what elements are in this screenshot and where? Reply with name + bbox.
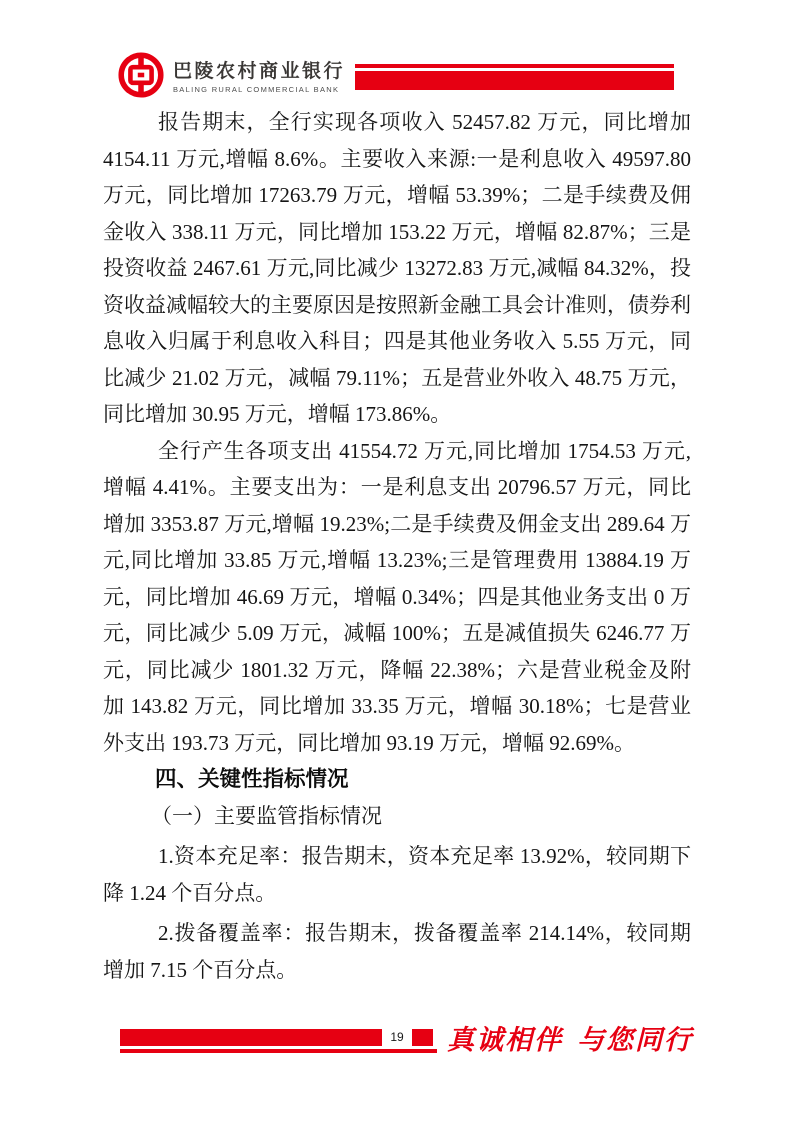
footer-slogan: 真诚相伴 与您同行 — [447, 1023, 693, 1057]
document-body: 报告期末，全行实现各项收入 52457.82 万元，同比增加 4154.11 万… — [103, 104, 691, 988]
paragraph-income: 报告期末，全行实现各项收入 52457.82 万元，同比增加 4154.11 万… — [103, 104, 691, 433]
footer-slogan-right: 与您同行 — [577, 1023, 693, 1057]
section-heading-key-indicators: 四、关键性指标情况 — [103, 761, 691, 798]
footer-rule-thin-bar — [120, 1049, 437, 1053]
paragraph-capital-adequacy: 1.资本充足率：报告期末，资本充足率 13.92%，较同期下降 1.24 个百分… — [103, 838, 691, 911]
paragraph-provision-coverage: 2.拨备覆盖率：报告期末，拨备覆盖率 214.14%，较同期增加 7.15 个百… — [103, 915, 691, 988]
page-header: 巴陵农村商业银行 BALING RURAL COMMERCIAL BANK — [118, 52, 674, 98]
header-rule — [355, 64, 674, 90]
bank-name-chinese: 巴陵农村商业银行 — [173, 61, 345, 83]
bank-coin-logo-icon — [118, 52, 164, 98]
bank-name-english: BALING RURAL COMMERCIAL BANK — [173, 85, 345, 94]
header-rule-thin-bar — [355, 64, 674, 68]
bank-name-block: 巴陵农村商业银行 BALING RURAL COMMERCIAL BANK — [173, 52, 345, 94]
header-rule-thick-bar — [355, 71, 674, 90]
paragraph-expense: 全行产生各项支出 41554.72 万元,同比增加 1754.53 万元,增幅 … — [103, 433, 691, 762]
footer-slogan-left: 真诚相伴 — [447, 1023, 563, 1057]
footer-rule-thick-bar: 19 — [120, 1029, 433, 1046]
page-number-box: 19 — [382, 1029, 412, 1046]
document-page: 巴陵农村商业银行 BALING RURAL COMMERCIAL BANK 报告… — [0, 0, 793, 1122]
page-number: 19 — [390, 1029, 403, 1046]
subsection-heading-regulatory-indicators: （一）主要监管指标情况 — [103, 798, 691, 835]
